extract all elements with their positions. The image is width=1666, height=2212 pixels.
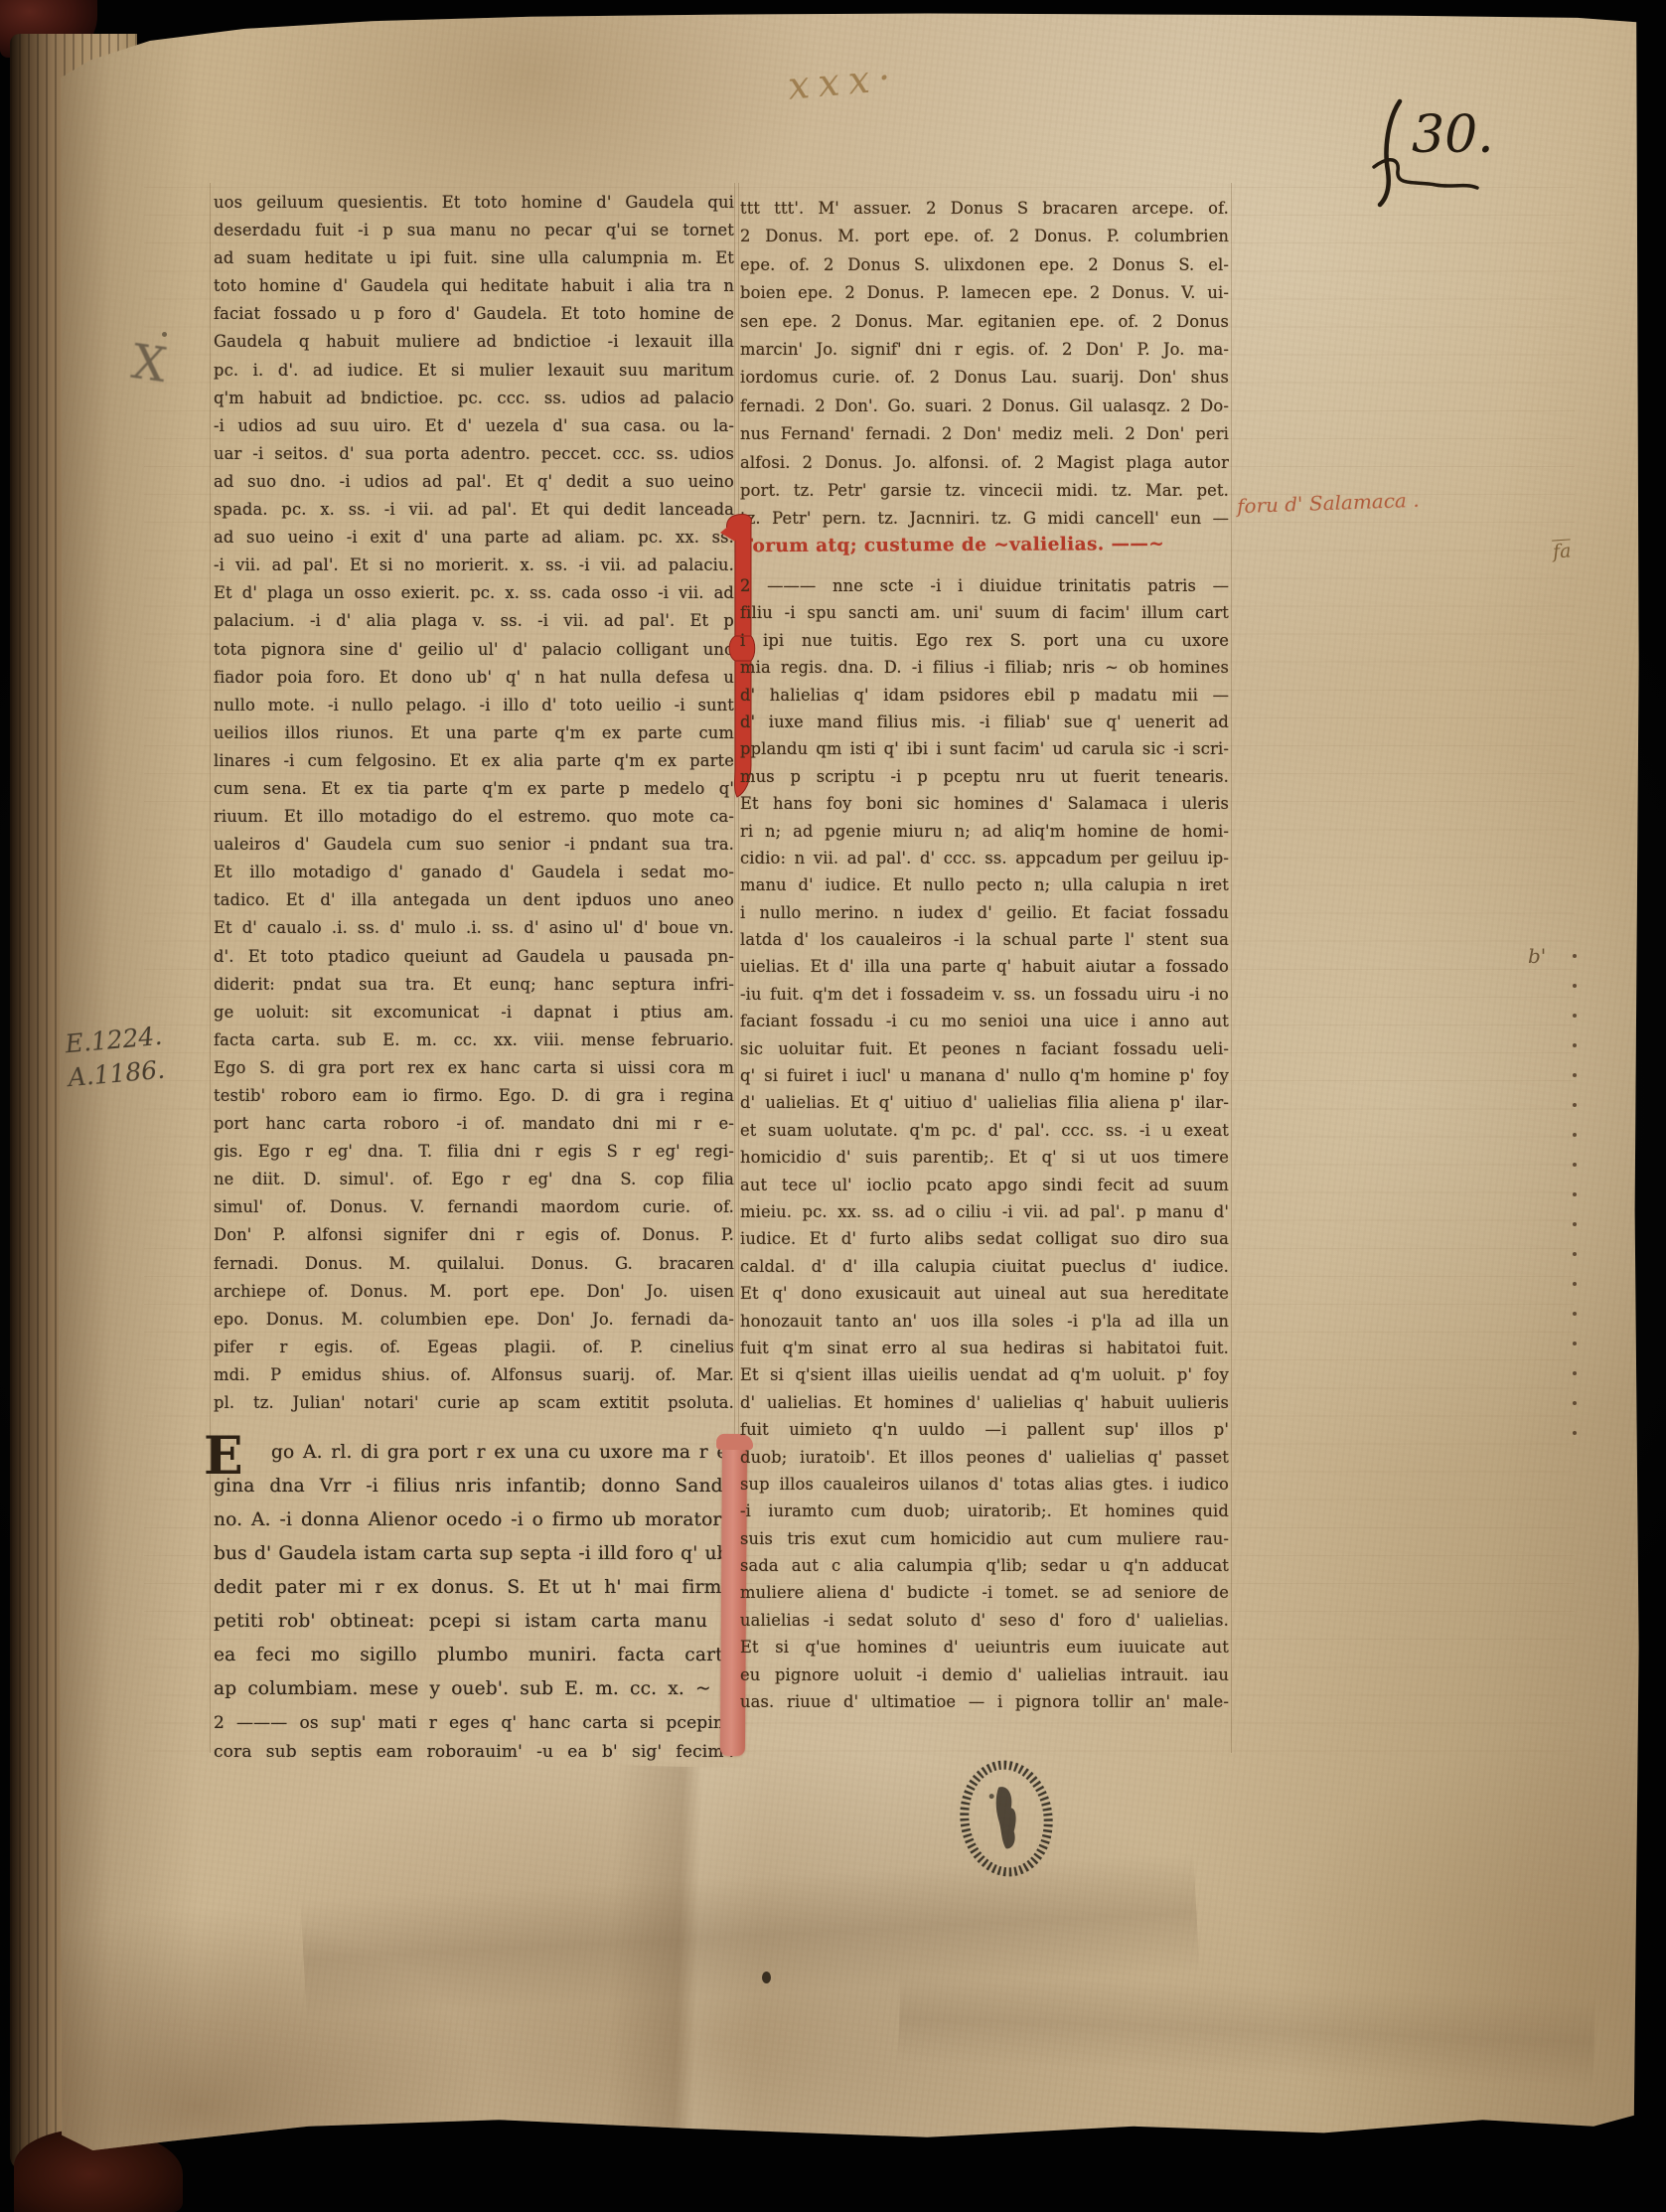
- text-line: nullo mote. -i nullo pelago. -i illo d' …: [214, 692, 734, 719]
- text-line: ttt ttt'. M' assuer. 2 Donus S bracaren …: [740, 195, 1229, 223]
- text-line: iordomus curie. of. 2 Donus Lau. suarij.…: [740, 364, 1229, 392]
- pricking-dot: [1573, 1401, 1577, 1405]
- left-column-confirmation-text: 2 ——— os sup' mati r eges q' hanc carta …: [214, 1709, 734, 1766]
- text-line: Ego S. di gra port rex ex hanc carta si …: [214, 1054, 734, 1082]
- text-line: d' halielias q' idam psidores ebil p mad…: [740, 682, 1229, 709]
- ink-speck: [762, 1972, 771, 1983]
- text-line: ueilios illos riunos. Et una parte q'm e…: [214, 719, 734, 747]
- pricking-dot: [1573, 1073, 1577, 1077]
- column-rule: [210, 183, 211, 1753]
- text-line: filiu -i spu sancti am. uni' suum di fac…: [740, 599, 1229, 626]
- library-stamp: [950, 1749, 1064, 1887]
- parchment-leaf: xxx· 30. X E.1224. A.1186. foru d' Salam…: [55, 8, 1641, 2194]
- ink-speck: [162, 332, 167, 337]
- text-line: -i vii. ad pal'. Et si no morierit. x. s…: [214, 552, 734, 579]
- text-line: -iu fuit. q'm det i fossadeim v. ss. un …: [740, 981, 1229, 1008]
- pricking-dot: [1573, 1043, 1577, 1047]
- text-line: aut tece ul' ioclio pcato apgo sindi fec…: [740, 1172, 1229, 1198]
- text-line: Et illo motadigo d' ganado d' Gaudela i …: [214, 859, 734, 886]
- text-line: pl. tz. Julian' notari' curie ap scam ex…: [214, 1389, 734, 1417]
- pricking-dot: [1573, 1252, 1577, 1256]
- text-line: ualielias -i sedat soluto d' seso d' for…: [740, 1607, 1229, 1634]
- text-line: 2 ——— nne scte -i i diuidue trinitatis p…: [740, 572, 1229, 599]
- right-column-fuero-text: 2 ——— nne scte -i i diuidue trinitatis p…: [740, 572, 1229, 1715]
- text-line: honozauit tanto an' uos illa soles -i p'…: [740, 1308, 1229, 1335]
- pricking-dot: [1573, 984, 1577, 988]
- text-line: ad suam heditate u ipi fuit. sine ulla c…: [214, 244, 734, 272]
- text-line: pc. i. d'. ad iudice. Et si mulier lexau…: [214, 357, 734, 385]
- text-line: i ipi nue tuitis. Ego rex S. port una cu…: [740, 627, 1229, 654]
- era-date-note: E.1224. A.1186.: [64, 1020, 166, 1095]
- text-line: cidio: n vii. ad pal'. d' ccc. ss. appca…: [740, 845, 1229, 871]
- text-line: uar -i seitos. d' sua porta adentro. pec…: [214, 440, 734, 468]
- text-line: homicidio d' suis parentib;. Et q' si ut…: [740, 1144, 1229, 1171]
- text-line: sen epe. 2 Donus. Mar. egitanien epe. of…: [740, 308, 1229, 336]
- text-line: port. tz. Petr' garsie tz. vincecii midi…: [740, 477, 1229, 505]
- text-line: mieiu. pc. xx. ss. ad o ciliu -i vii. ad…: [740, 1198, 1229, 1225]
- pricking-dot: [1573, 1103, 1577, 1107]
- text-line: spada. pc. x. ss. -i vii. ad pal'. Et qu…: [214, 496, 734, 524]
- pricking-dot: [1573, 954, 1577, 958]
- text-line: Et d' plaga un osso exierit. pc. x. ss. …: [214, 579, 734, 607]
- text-line: Et si q'sient illas uieilis uendat ad q'…: [740, 1361, 1229, 1388]
- text-line: simul' of. Donus. V. fernandi maordom cu…: [214, 1193, 734, 1221]
- pricking-dot: [1573, 1192, 1577, 1196]
- pricking-dot: [1573, 1222, 1577, 1226]
- pricking-dot: [1573, 1163, 1577, 1167]
- pricking-holes: [1573, 954, 1581, 1461]
- text-line: suis tris exut cum homicidio aut cum mul…: [740, 1525, 1229, 1552]
- text-line: ad suo dno. -i udios ad pal'. Et q' dedi…: [214, 468, 734, 496]
- text-line: petiti rob' obtineat: pcepi si istam car…: [214, 1605, 734, 1639]
- text-line: ualeiros d' Gaudela cum suo senior -i pn…: [214, 831, 734, 859]
- text-line: Et hans foy boni sic homines d' Salamaca…: [740, 790, 1229, 817]
- pricking-dot: [1573, 1312, 1577, 1316]
- text-line: caldal. d' d' illa calupia ciuitat puecl…: [740, 1253, 1229, 1280]
- text-line: testib' roboro eam io firmo. Ego. D. di …: [214, 1082, 734, 1110]
- text-line: alfosi. 2 Donus. Jo. alfonsi. of. 2 Magi…: [740, 449, 1229, 477]
- text-line: manu d' iudice. Et nullo pecto n; ulla c…: [740, 871, 1229, 898]
- text-line: no. A. -i donna Alienor ocedo -i o firmo…: [214, 1503, 734, 1537]
- text-line: Et si q'ue homines d' ueiuntris eum iuui…: [740, 1634, 1229, 1660]
- text-line: 2 ——— os sup' mati r eges q' hanc carta …: [214, 1709, 734, 1738]
- text-line: muliere aliena d' budicte -i tomet. se a…: [740, 1579, 1229, 1606]
- text-line: sada aut c alia calumpia q'lib; sedar u …: [740, 1552, 1229, 1579]
- text-line: Et q' dono exusicauit aut uineal aut sua…: [740, 1280, 1229, 1307]
- left-column-charter-text: go A. rl. di gra port r ex una cu uxore …: [214, 1436, 734, 1706]
- text-line: mia regis. dna. D. -i filius -i filiab; …: [740, 654, 1229, 681]
- text-line: faciant fossadu -i cu mo senioi una uice…: [740, 1008, 1229, 1034]
- text-line: uielias. Et d' illa una parte q' habuit …: [740, 953, 1229, 980]
- text-line: mdi. P emidus shius. of. Alfonsus suarij…: [214, 1361, 734, 1389]
- pricking-dot: [1573, 1014, 1577, 1018]
- text-line: uos geiluum quesientis. Et toto homine d…: [214, 189, 734, 217]
- text-line: pifer r egis. of. Egeas plagii. of. P. c…: [214, 1334, 734, 1361]
- text-line: toto homine d' Gaudela qui heditate habu…: [214, 272, 734, 300]
- margin-mark-fa: fa: [1552, 540, 1572, 562]
- text-line: tota pignora sine d' geilio ul' d' palac…: [214, 636, 734, 664]
- pricking-dot: [1573, 1133, 1577, 1137]
- folio-number: 30.: [1338, 95, 1527, 215]
- margin-gloss-salamanca: foru d' Salamaca .: [1237, 488, 1420, 518]
- text-line: d'. Et toto ptadico queiunt ad Gaudela u…: [214, 943, 734, 971]
- text-line: fuit q'm sinat erro al sua hediras si ha…: [740, 1335, 1229, 1361]
- text-line: gina dna Vrr -i filius nris infantib; do…: [214, 1470, 734, 1503]
- text-line: riuum. Et illo motadigo do el estremo. q…: [214, 803, 734, 831]
- text-line: port hanc carta roboro -i of. mandato dn…: [214, 1110, 734, 1138]
- text-line: sic uoluitar fuit. Et peones n faciant f…: [740, 1035, 1229, 1062]
- text-line: ge uoluit: sit excomunicat -i dapnat i p…: [214, 999, 734, 1027]
- text-line: duob; iuratoib'. Et illos peones d' uali…: [740, 1444, 1229, 1471]
- pricking-dot: [1573, 1342, 1577, 1345]
- text-line: gis. Ego r eg' dna. T. filia dni r egis …: [214, 1138, 734, 1166]
- right-column-witness-list: ttt ttt'. M' assuer. 2 Donus S bracaren …: [740, 195, 1229, 534]
- text-line: i nullo merino. n iudex d' geilio. Et fa…: [740, 899, 1229, 926]
- text-line: sup illos caualeiros uilanos d' totas al…: [740, 1471, 1229, 1498]
- text-line: fernadi. 2 Don'. Go. suari. 2 Donus. Gil…: [740, 393, 1229, 420]
- text-line: ap columbiam. mese y oueb'. sub E. m. cc…: [214, 1672, 734, 1706]
- photograph-background: xxx· 30. X E.1224. A.1186. foru d' Salam…: [0, 0, 1666, 2212]
- text-line: ne diit. D. simul'. of. Ego r eg' dna S.…: [214, 1166, 734, 1193]
- text-line: linares -i cum felgosino. Et ex alia par…: [214, 747, 734, 775]
- text-line: Don' P. alfonsi signifer dni r egis of. …: [214, 1221, 734, 1249]
- text-line: faciat fossado u p foro d' Gaudela. Et t…: [214, 300, 734, 328]
- text-line: marcin' Jo. signif' dni r egis. of. 2 Do…: [740, 336, 1229, 364]
- text-line: q' si fuiret i iucl' u manana d' nullo q…: [740, 1062, 1229, 1089]
- text-line: cum sena. Et ex tia parte q'm ex parte p…: [214, 775, 734, 803]
- text-line: -i udios ad suu uiro. Et d' uezela d' su…: [214, 412, 734, 440]
- text-line: 2 Donus. M. port epe. of. 2 Donus. P. co…: [740, 223, 1229, 250]
- text-line: d' ualielias. Et homines d' ualielias q'…: [740, 1389, 1229, 1416]
- text-line: ad suo ueino -i exit d' una parte ad ali…: [214, 524, 734, 552]
- text-line: -i iuramto cum duob; uiratorib;. Et homi…: [740, 1498, 1229, 1524]
- text-line: fuit uimieto q'n uuldo —i pallent sup' i…: [740, 1416, 1229, 1443]
- left-column-text: uos geiluum quesientis. Et toto homine d…: [214, 189, 734, 1417]
- text-line: latda d' los caualeiros -i la schual par…: [740, 926, 1229, 953]
- text-line: ea feci mo sigillo plumbo muniri. facta …: [214, 1639, 734, 1672]
- text-line: diderit: pndat sua tra. Et eunq; hanc se…: [214, 971, 734, 999]
- text-line: deserdadu fuit -i p sua manu no pecar q'…: [214, 217, 734, 244]
- text-line: bus d' Gaudela istam carta sup septa -i …: [214, 1537, 734, 1571]
- ink-speck: [551, 2134, 558, 2142]
- text-line: iudice. Et d' furto alibs sedat colligat…: [740, 1225, 1229, 1252]
- text-line: ri n; ad pgenie miuru n; ad aliq'm homin…: [740, 818, 1229, 845]
- text-line: fernadi. Donus. M. quilalui. Donus. G. b…: [214, 1250, 734, 1278]
- text-line: Gaudela q habuit muliere ad bndictioe -i…: [214, 328, 734, 356]
- text-line: boien epe. 2 Donus. P. lamecen epe. 2 Do…: [740, 279, 1229, 307]
- text-line: tz. Petr' pern. tz. Jacnniri. tz. G midi…: [740, 505, 1229, 533]
- parchment-wrinkle: [898, 1974, 1596, 2087]
- text-line: archiepe of. Donus. M. port epe. Don' Jo…: [214, 1278, 734, 1306]
- text-line: d' iuxe mand filius mis. -i filiab' sue …: [740, 709, 1229, 735]
- text-line: et suam uolutate. q'm pc. d' pal'. ccc. …: [740, 1117, 1229, 1144]
- margin-mark-b: b': [1528, 944, 1546, 968]
- text-line: facta carta. sub E. m. cc. xx. viii. men…: [214, 1027, 734, 1054]
- margin-cross-mark: X: [128, 334, 170, 394]
- text-line: cora sub septis eam roborauim' -u ea b' …: [214, 1738, 734, 1767]
- text-line: mus p scriptu -i p pceptu nru ut fuerit …: [740, 763, 1229, 790]
- text-line: fiador poia foro. Et dono ub' q' n hat n…: [214, 664, 734, 692]
- pricking-dot: [1573, 1371, 1577, 1375]
- text-line: palacium. -i d' alia plaga v. ss. -i vii…: [214, 607, 734, 635]
- folio-number-text: 30.: [1412, 105, 1494, 165]
- quire-mark: xxx·: [786, 55, 901, 108]
- text-line: epe. of. 2 Donus S. ulixdonen epe. 2 Don…: [740, 251, 1229, 279]
- text-line: dedit pater mi r ex donus. S. Et ut h' m…: [214, 1571, 734, 1605]
- pricking-dot: [1573, 1282, 1577, 1286]
- text-line: nus Fernand' fernadi. 2 Don' mediz meli.…: [740, 420, 1229, 448]
- column-rule: [1231, 183, 1232, 1753]
- text-line: pplandu qm isti q' ibi i sunt facim' ud …: [740, 735, 1229, 762]
- text-line: eu pignore uoluit -i demio d' ualielias …: [740, 1661, 1229, 1688]
- rubric-heading: Forum atq; custume de ~valielias. ——~: [740, 534, 1215, 557]
- pricking-dot: [1573, 1431, 1577, 1435]
- text-line: Et d' caualo .i. ss. d' mulo .i. ss. d' …: [214, 914, 734, 942]
- text-line: q'm habuit ad bndictioe. pc. ccc. ss. ud…: [214, 385, 734, 412]
- text-line: tadico. Et d' illa antegada un dent ipdu…: [214, 886, 734, 914]
- text-line: d' ualielias. Et q' uitiuo d' ualielias …: [740, 1089, 1229, 1116]
- text-line: uas. riuue d' ultimatioe — i pignora tol…: [740, 1688, 1229, 1715]
- text-line: go A. rl. di gra port r ex una cu uxore …: [214, 1436, 734, 1470]
- text-line: epo. Donus. M. columbien epe. Don' Jo. f…: [214, 1306, 734, 1334]
